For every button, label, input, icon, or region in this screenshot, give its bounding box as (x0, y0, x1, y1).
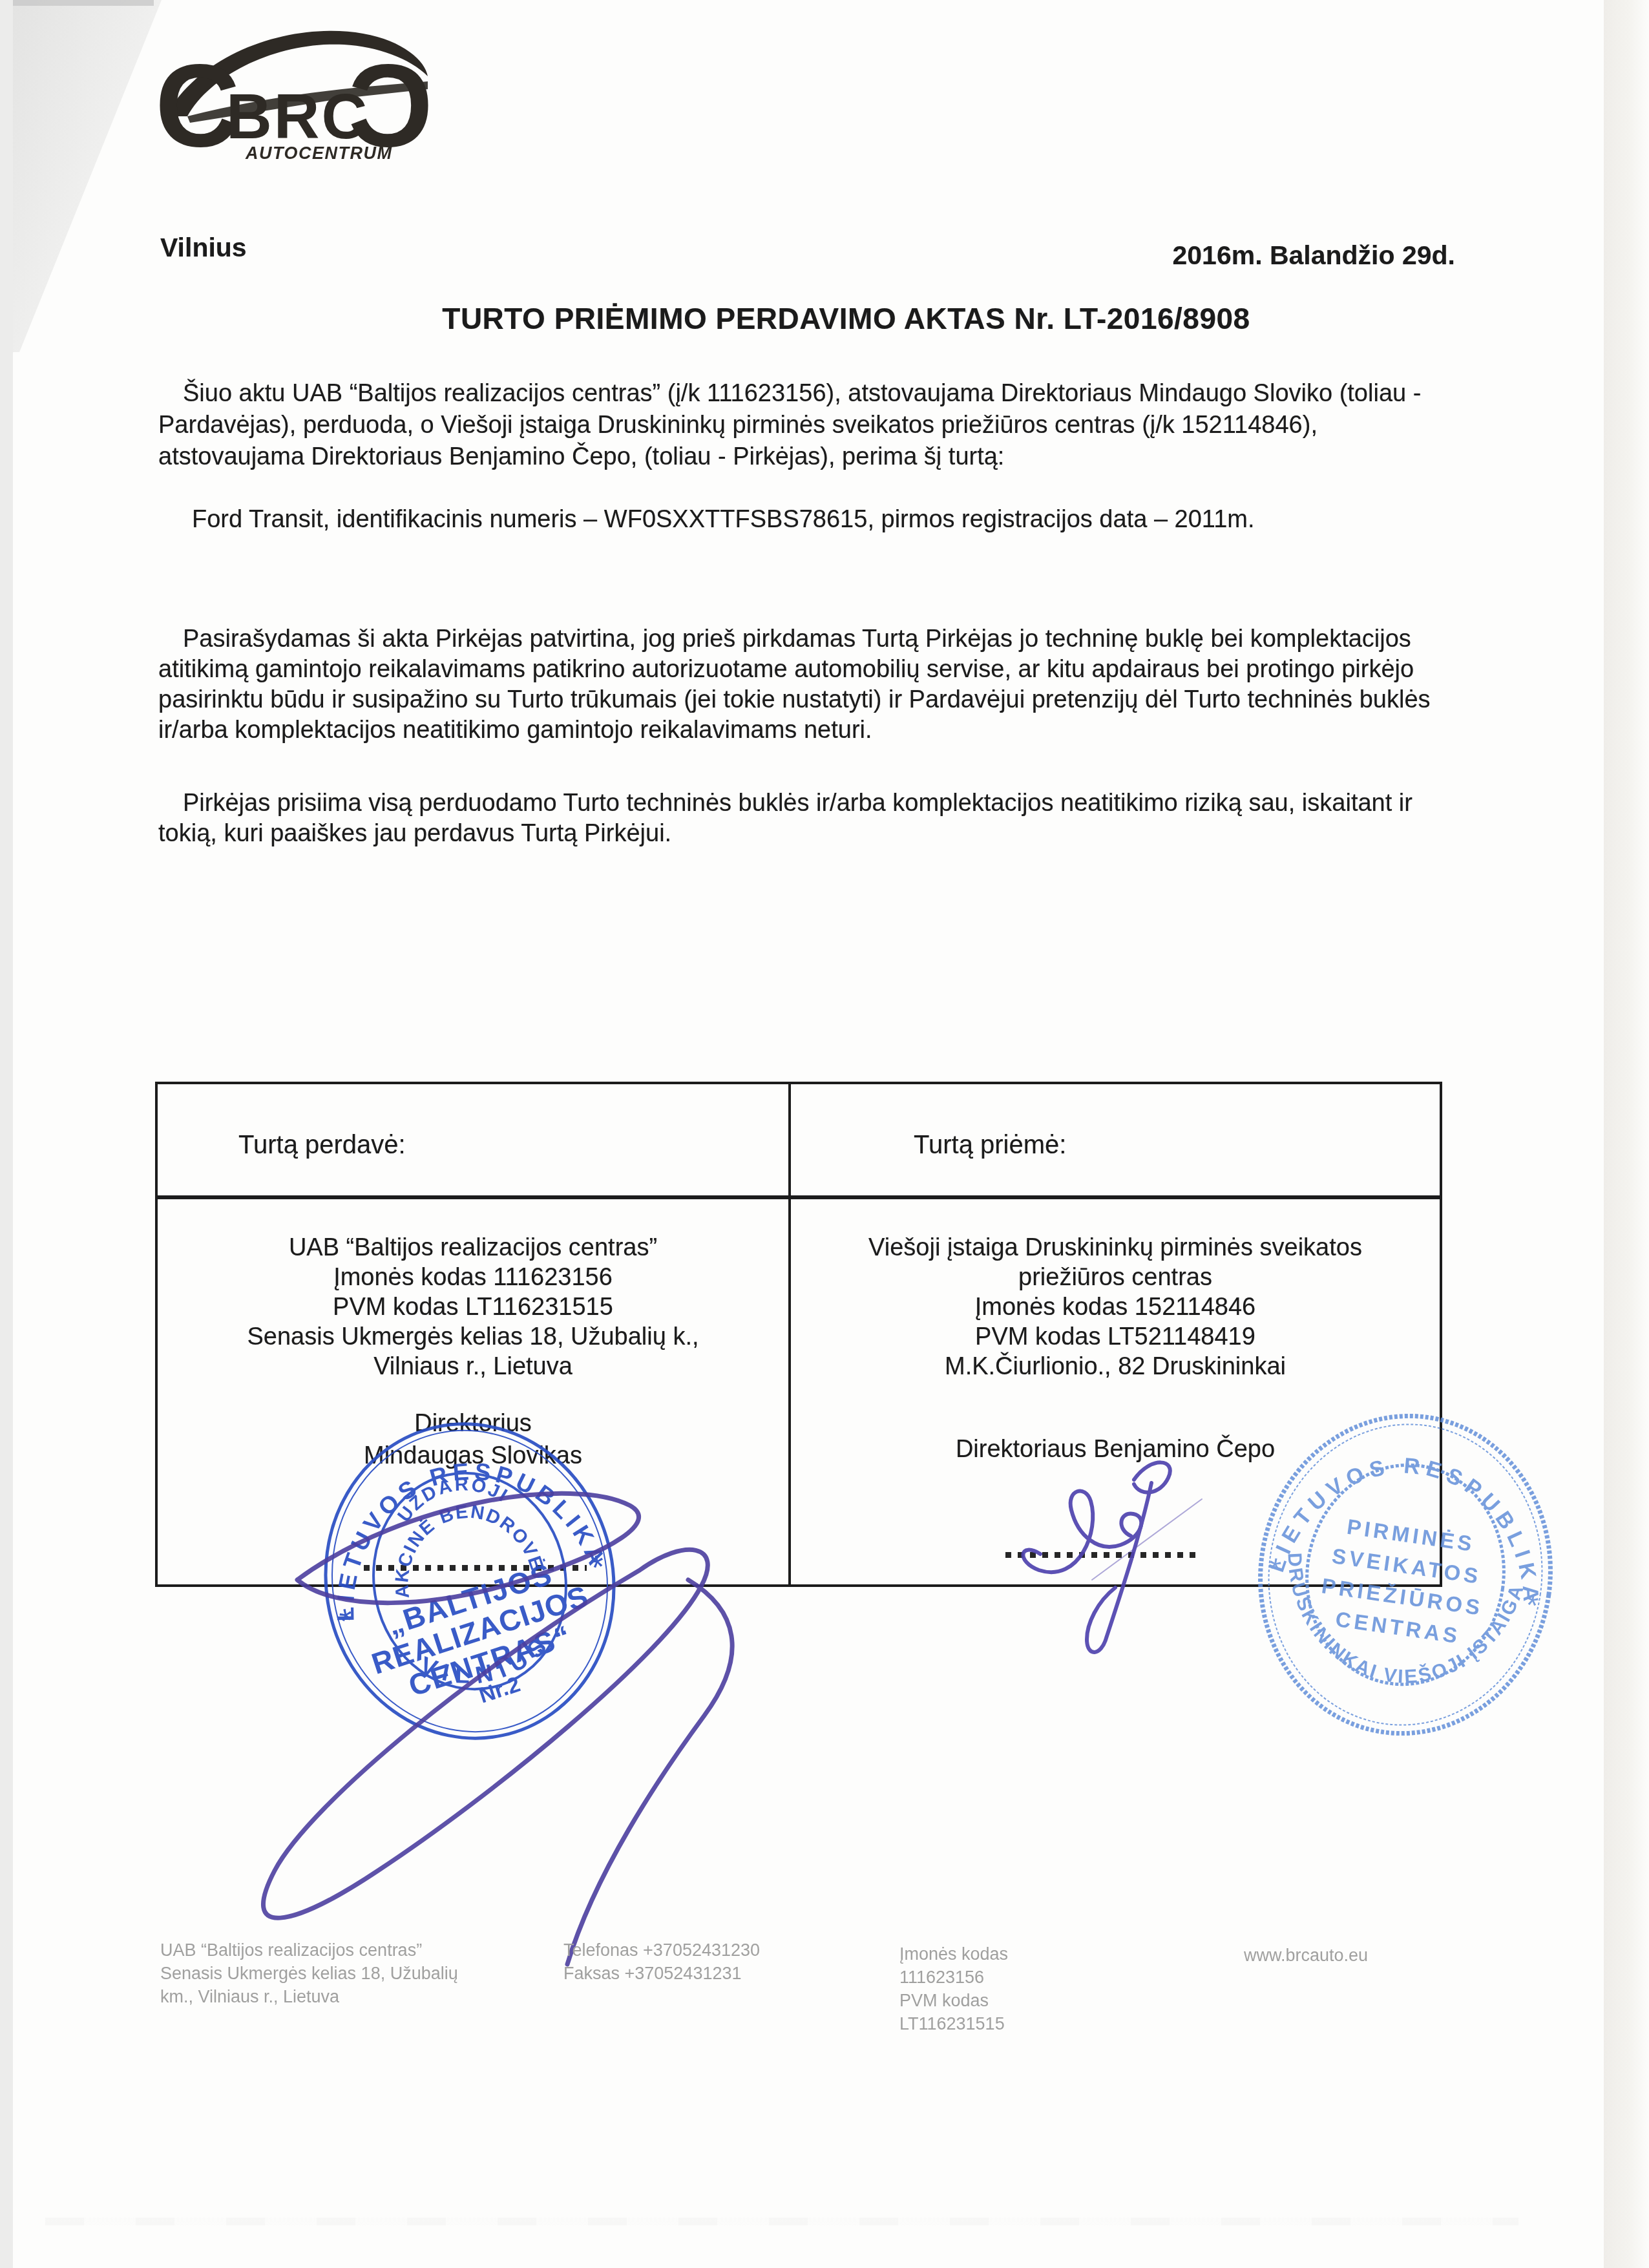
scan-top-edge (0, 0, 154, 6)
footer-company-address2: km., Vilniaus r., Lietuva (160, 1985, 548, 2008)
buyer-line: Įmonės kodas 152114846 (791, 1292, 1440, 1322)
buyer-line: Viešoji įstaiga Druskininkų pirminės sve… (791, 1233, 1440, 1263)
logo-subtitle-text: AUTOCENTRUM (245, 143, 393, 163)
warranty-text: Pasirašydamas ši akta Pirkėjas patvirtin… (158, 625, 1431, 744)
footer-fax: Faksas +37052431231 (563, 1962, 861, 1985)
footer-website: www.brcauto.eu (1244, 1944, 1502, 1967)
risk-paragraph: Pirkėjas prisiima visą perduodamo Turto … (158, 788, 1470, 849)
scan-corner-shadow (0, 0, 163, 352)
footer-codes-block: Įmonės kodas 111623156 PVM kodas LT11623… (899, 1942, 1119, 2035)
document-title: TURTO PRIĖMIMO PERDAVIMO AKTAS Nr. LT-20… (179, 301, 1513, 336)
seller-line: Įmonės kodas 111623156 (158, 1263, 788, 1292)
scan-bottom-noise (45, 2218, 1518, 2225)
footer-phone: Telefonas +37052431230 (563, 1938, 861, 1962)
table-header-row: Turtą perdavė: Turtą priėmė: (158, 1084, 1440, 1199)
scanned-document-page: C BRC C AUTOCENTRUM Vilnius 2016m. Balan… (0, 0, 1649, 2268)
footer-vat-label: PVM kodas (899, 1989, 1119, 2012)
seller-signature (213, 1447, 756, 1977)
buyer-institution-stamp: LIETUVOS RESPUBLIKA DRUSKININKAI VIEŠOJI… (1254, 1412, 1557, 1741)
seller-line: Senasis Ukmergės kelias 18, Užubalių k., (158, 1322, 788, 1352)
document-city: Vilnius (160, 233, 247, 263)
buyer-line: PVM kodas LT521148419 (791, 1322, 1440, 1352)
seller-line: UAB “Baltijos realizacijos centras” (158, 1233, 788, 1263)
brc-autocentrum-logo: C BRC C AUTOCENTRUM (150, 18, 437, 163)
scan-left-edge (0, 0, 13, 2268)
footer-company-block: UAB “Baltijos realizacijos centras” Sena… (160, 1938, 548, 2008)
seller-line: PVM kodas LT116231515 (158, 1292, 788, 1322)
document-date: 2016m. Balandžio 29d. (1137, 240, 1455, 271)
footer-code-value: 111623156 (899, 1966, 1119, 1989)
logo-brand-text: BRC (226, 81, 369, 152)
seller-line: Vilniaus r., Lietuva (158, 1352, 788, 1381)
buyer-signature (989, 1444, 1208, 1664)
footer-company-name: UAB “Baltijos realizacijos centras” (160, 1938, 548, 1962)
buyer-line: M.K.Čiurlionio., 82 Druskininkai (791, 1352, 1440, 1381)
seller-header-cell: Turtą perdavė: (158, 1084, 791, 1195)
footer-contacts-block: Telefonas +37052431230 Faksas +370524312… (563, 1938, 861, 1985)
buyer-header-cell: Turtą priėmė: (791, 1084, 1440, 1195)
intro-text: Šiuo aktu UAB “Baltijos realizacijos cen… (158, 380, 1421, 470)
warranty-paragraph: Pasirašydamas ši akta Pirkėjas patvirtin… (158, 624, 1470, 746)
risk-text: Pirkėjas prisiima visą perduodamo Turto … (158, 790, 1413, 847)
footer-code-label: Įmonės kodas (899, 1942, 1119, 1966)
intro-paragraph: Šiuo aktu UAB “Baltijos realizacijos cen… (158, 378, 1470, 473)
asset-line: Ford Transit, identifikacinis numeris – … (158, 504, 1471, 536)
scan-right-edge (1604, 0, 1649, 2268)
footer-company-address1: Senasis Ukmergės kelias 18, Užubalių (160, 1962, 548, 1985)
footer-vat-value: LT116231515 (899, 2012, 1119, 2035)
buyer-line: priežiūros centras (791, 1263, 1440, 1292)
